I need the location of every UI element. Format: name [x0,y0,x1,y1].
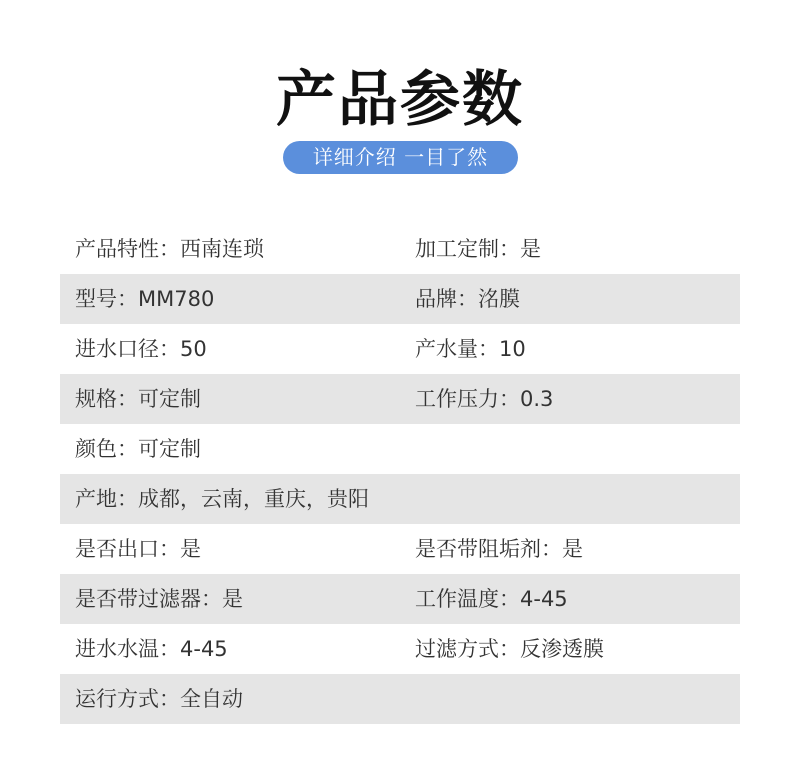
table-row: 是否带过滤器：是 工作温度：4-45 [60,574,740,624]
param-cell: 产地：成都，云南，重庆，贵阳 [60,474,400,524]
params-table: 产品特性：西南连琐 加工定制：是 型号：MM780 品牌：洺膜 进水口径：50 … [60,224,740,724]
page-title: 产品参数 [0,64,800,136]
param-cell: 是否带过滤器：是 [60,574,400,624]
table-row: 进水水温：4-45 过滤方式：反渗透膜 [60,624,740,674]
param-cell: 运行方式：全自动 [60,674,400,724]
table-row: 进水口径：50 产水量：10 [60,324,740,374]
param-cell: 规格：可定制 [60,374,400,424]
param-cell: 是否出口：是 [60,524,400,574]
table-row: 颜色：可定制 [60,424,740,474]
param-cell: 工作温度：4-45 [400,574,740,624]
param-cell: 颜色：可定制 [60,424,400,474]
param-cell: 过滤方式：反渗透膜 [400,624,740,674]
param-cell: 产水量：10 [400,324,740,374]
table-row: 是否出口：是 是否带阻垢剂：是 [60,524,740,574]
param-cell: 进水水温：4-45 [60,624,400,674]
param-cell: 是否带阻垢剂：是 [400,524,740,574]
param-cell: 产品特性：西南连琐 [60,224,400,274]
table-row: 规格：可定制 工作压力：0.3 [60,374,740,424]
param-cell: 进水口径：50 [60,324,400,374]
param-cell: 加工定制：是 [400,224,740,274]
table-row: 型号：MM780 品牌：洺膜 [60,274,740,324]
subtitle-badge: 详细介绍 一目了然 [283,141,518,174]
param-cell: 工作压力：0.3 [400,374,740,424]
param-cell: 品牌：洺膜 [400,274,740,324]
table-row: 运行方式：全自动 [60,674,740,724]
param-cell: 型号：MM780 [60,274,400,324]
table-row: 产品特性：西南连琐 加工定制：是 [60,224,740,274]
table-row: 产地：成都，云南，重庆，贵阳 [60,474,740,524]
